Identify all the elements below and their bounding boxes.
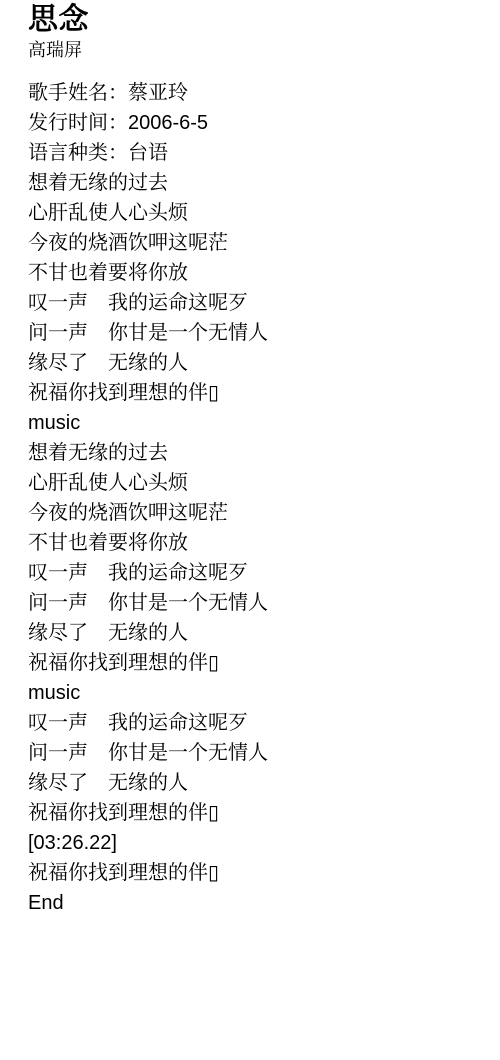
- lyric-line: music: [28, 678, 490, 708]
- lyric-line: 问一声 你甘是一个无情人: [28, 588, 490, 618]
- lyric-line: 问一声 你甘是一个无情人: [28, 738, 490, 768]
- song-text-block: 歌手姓名：蔡亚玲 发行时间：2006-6-5 语言种类：台语 想着无缘的过去 心…: [28, 78, 490, 918]
- lyric-line: 今夜的烧酒饮呷这呢茫: [28, 228, 490, 258]
- lyric-line: 缘尽了 无缘的人: [28, 618, 490, 648]
- lyric-line: 想着无缘的过去: [28, 438, 490, 468]
- lyric-line: 心肝乱使人心头烦: [28, 468, 490, 498]
- lyric-line: 叹一声 我的运命这呢歹: [28, 708, 490, 738]
- lyric-line: 叹一声 我的运命这呢歹: [28, 288, 490, 318]
- lyric-line: 缘尽了 无缘的人: [28, 348, 490, 378]
- meta-line: 歌手姓名：蔡亚玲: [28, 78, 490, 108]
- lyric-line: 叹一声 我的运命这呢歹: [28, 558, 490, 588]
- lyric-line: 想着无缘的过去: [28, 168, 490, 198]
- lyric-line: 祝福你找到理想的伴▯: [28, 798, 490, 828]
- meta-line: 语言种类：台语: [28, 138, 490, 168]
- lyric-line: End: [28, 888, 490, 918]
- lyric-line: 不甘也着要将你放: [28, 258, 490, 288]
- lyric-line: 不甘也着要将你放: [28, 528, 490, 558]
- song-meta-list: 歌手姓名：蔡亚玲 发行时间：2006-6-5 语言种类：台语: [28, 78, 490, 168]
- lyric-line: 心肝乱使人心头烦: [28, 198, 490, 228]
- lyric-line: 祝福你找到理想的伴▯: [28, 648, 490, 678]
- meta-line: 发行时间：2006-6-5: [28, 108, 490, 138]
- lyric-line: 祝福你找到理想的伴▯: [28, 858, 490, 888]
- lyric-line: 问一声 你甘是一个无情人: [28, 318, 490, 348]
- lyrics-list: 想着无缘的过去 心肝乱使人心头烦 今夜的烧酒饮呷这呢茫 不甘也着要将你放 叹一声…: [28, 168, 490, 918]
- lyrics-page: 思念 高瑞屏 歌手姓名：蔡亚玲 发行时间：2006-6-5 语言种类：台语 想着…: [0, 0, 500, 1060]
- lyric-line: 今夜的烧酒饮呷这呢茫: [28, 498, 490, 528]
- lyric-line: music: [28, 408, 490, 438]
- lyric-line: 祝福你找到理想的伴▯: [28, 378, 490, 408]
- lyric-line: 缘尽了 无缘的人: [28, 768, 490, 798]
- page-title: 思念: [28, 2, 490, 38]
- lyric-line: [03:26.22]: [28, 828, 490, 858]
- artist-name: 高瑞屏: [28, 38, 490, 62]
